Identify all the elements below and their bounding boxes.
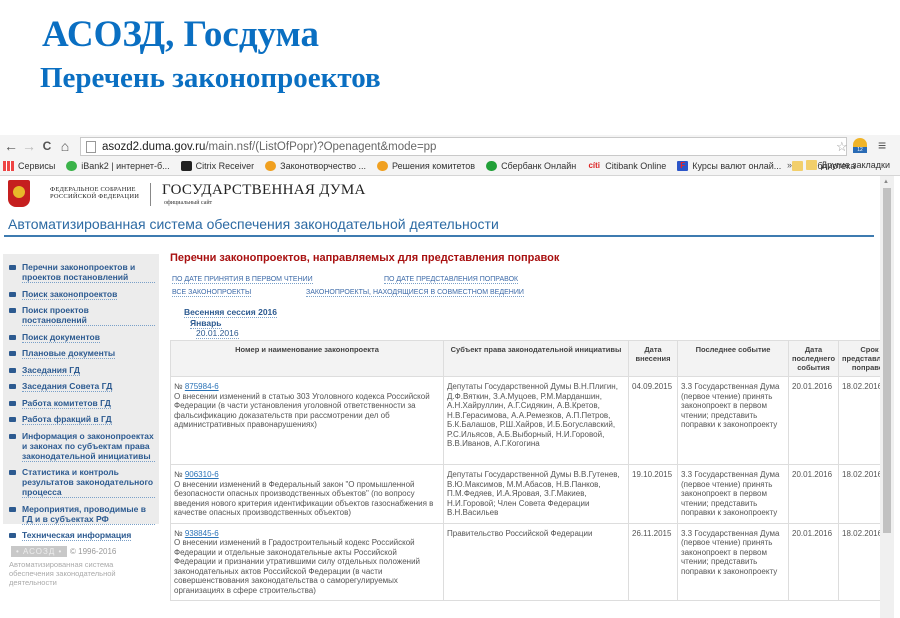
col-header-last-event-date: Дата последнего события [789,341,839,377]
bill-cell: № 938845-6О внесении изменений в Градост… [171,523,444,601]
sidebar-item[interactable]: Статистика и контроль результатов законо… [3,467,155,498]
url-domain: asozd2.duma.gov.ru [102,141,205,153]
sidebar-item-label: Плановые документы [22,348,115,359]
sidebar-item[interactable]: Поиск проектов постановлений [3,305,155,326]
bill-number-line: № 938845-6 [174,529,440,539]
last-event-cell: 3.3 Государственная Дума (первое чтение)… [678,523,789,601]
bookmark-services[interactable]: Сервисы [3,161,55,171]
url-path: /main.nsf/(ListOfPopr)?Openagent&mode=pp [205,141,436,153]
tree-session[interactable]: Весенняя сессия 2016 [184,307,277,318]
sidebar-item-label: Поиск проектов постановлений [22,305,155,326]
org-subtitle: официальный сайт [164,200,212,206]
folder-icon [9,292,16,297]
folder-icon [9,368,16,373]
bookmark-sberbank[interactable]: Сбербанк Онлайн [486,161,576,171]
submitted-date-cell: 19.10.2015 [629,465,678,524]
sidebar: Перечни законопроектов и проектов постан… [3,254,159,524]
deadline-cell: 18.02.2016 [839,377,881,465]
scrollbar-thumb[interactable] [883,188,891,533]
citi-icon: cíti [587,161,601,171]
reload-button[interactable]: C [38,139,56,153]
folder-icon [9,265,16,270]
initiator-cell: Депутаты Государственной Думы В.В.Гутене… [444,465,629,524]
other-bookmarks[interactable]: Другие закладки [806,160,890,170]
bookmark-currency[interactable]: FКурсы валют онлай... [677,161,781,171]
sidebar-item-label: Поиск документов [22,332,100,343]
browser-toolbar: ← → C ⌂ asozd2.duma.gov.ru/main.nsf/(Lis… [0,135,900,157]
site-icon [377,161,388,171]
sidebar-item-label: Информация о законопроектах и законах по… [22,431,155,462]
bill-cell: № 875984-6О внесении изменений в статью … [171,377,444,465]
last-event-cell: 3.3 Государственная Дума (первое чтение)… [678,465,789,524]
citrix-icon [181,161,192,171]
table-row: № 906310-6О внесении изменений в Федерал… [171,465,881,524]
home-button[interactable]: ⌂ [56,138,74,154]
table-header-row: Номер и наименование законопроекта Субъе… [171,341,881,377]
table-row: № 938845-6О внесении изменений в Градост… [171,523,881,601]
initiator-cell: Правительство Российской Федерации [444,523,629,601]
folder-icon [9,434,16,439]
forward-button[interactable]: → [20,138,38,154]
bill-cell: № 906310-6О внесении изменений в Федерал… [171,465,444,524]
extension-badge: 12 [853,147,867,153]
site-icon [265,161,276,171]
sidebar-item[interactable]: Перечни законопроектов и проектов постан… [3,262,155,283]
folder-icon [9,470,16,475]
initiator-cell: Депутаты Государственной Думы В.Н.Плигин… [444,377,629,465]
address-bar[interactable]: asozd2.duma.gov.ru/main.nsf/(ListOfPopr)… [80,137,847,156]
org-name[interactable]: ГОСУДАРСТВЕННАЯ ДУМА [162,182,366,199]
browser-window: ← → C ⌂ asozd2.duma.gov.ru/main.nsf/(Lis… [0,135,900,618]
col-header-last-event: Последнее событие [678,341,789,377]
folder-icon [9,351,16,356]
footer-text: Автоматизированная система обеспечения з… [9,560,159,587]
sidebar-item-label: Работа комитетов ГД [22,398,111,409]
browser-menu-icon[interactable]: ≡ [878,137,886,153]
filter-all-bills[interactable]: Все законопроекты [172,289,251,297]
system-name: Автоматизированная система обеспечения з… [8,216,499,232]
last-event-date-cell: 20.01.2016 [789,465,839,524]
col-header-deadline: Срок представления поправок [839,341,881,377]
sidebar-item[interactable]: Работа комитетов ГД [3,398,155,409]
col-header-bill: Номер и наименование законопроекта [171,341,444,377]
folder-icon [9,533,16,538]
main-title: Перечни законопроектов, направляемых для… [170,252,559,264]
deadline-cell: 18.02.2016 [839,523,881,601]
ibank-icon [66,161,77,171]
folder-icon [9,417,16,422]
vertical-scrollbar[interactable]: ▲ [880,176,894,618]
f-icon: F [677,161,688,171]
bookmarks-bar: Сервисы iBank2 | интернет-б... Citrix Re… [0,157,900,176]
sidebar-item-label: Заседания Совета ГД [22,381,112,392]
bill-name: О внесении изменений в статью 303 Уголов… [174,392,440,430]
bookmark-committee-decisions[interactable]: Решения комитетов [377,161,475,171]
org-small-caption: Федеральное собрание Российской Федераци… [50,186,139,200]
header-divider [150,183,151,206]
folder-icon [9,335,16,340]
sidebar-item[interactable]: Техническая информация [3,530,155,541]
sberbank-icon [486,161,497,171]
filter-joint-jurisdiction[interactable]: Законопроекты, находящиеся в совместном … [306,289,524,297]
page-icon [86,141,96,153]
sidebar-item-label: Перечни законопроектов и проектов постан… [22,262,155,283]
filter-by-first-reading-date[interactable]: По дате принятия в первом чтении [172,276,313,284]
bill-number-link[interactable]: 938845-6 [185,529,219,538]
bookmark-citibank[interactable]: cítiCitibank Online [587,161,666,171]
back-button[interactable]: ← [2,138,20,154]
last-event-date-cell: 20.01.2016 [789,523,839,601]
sidebar-item-label: Техническая информация [22,530,131,541]
bill-number-link[interactable]: 906310-6 [185,470,219,479]
sidebar-item-label: Мероприятия, проводимые в ГД и в субъект… [22,504,155,525]
asozd-badge: • АСОЗД • [11,546,67,557]
sidebar-item[interactable]: Заседания Совета ГД [3,381,155,392]
sidebar-item-label: Статистика и контроль результатов законо… [22,467,155,498]
sidebar-item[interactable]: Работа фракций в ГД [3,414,155,425]
bill-name: О внесении изменений в Федеральный закон… [174,480,440,518]
bookmark-ibank[interactable]: iBank2 | интернет-б... [66,161,169,171]
bookmark-lawmaking[interactable]: Законотворчество ... [265,161,366,171]
apps-grid-icon [3,161,14,171]
last-event-cell: 3.3 Государственная Дума (первое чтение)… [678,377,789,465]
folder-icon [9,507,16,512]
table-row: № 875984-6О внесении изменений в статью … [171,377,881,465]
folder-icon [9,384,16,389]
sidebar-item[interactable]: Плановые документы [3,348,155,359]
web-page: Федеральное собрание Российской Федераци… [0,176,880,618]
more-bookmarks-button[interactable]: » [787,160,792,170]
sidebar-item[interactable]: Поиск законопроектов [3,289,155,300]
deadline-cell: 18.02.2016 [839,465,881,524]
bill-name: О внесении изменений в Градостроительный… [174,538,440,595]
bills-table: Номер и наименование законопроекта Субъе… [170,340,880,601]
last-event-date-cell: 20.01.2016 [789,377,839,465]
submitted-date-cell: 04.09.2015 [629,377,678,465]
sidebar-item[interactable]: Информация о законопроектах и законах по… [3,431,155,462]
header-rule [4,235,874,237]
submitted-date-cell: 26.11.2015 [629,523,678,601]
copyright: © 1996-2016 [70,547,116,556]
sidebar-item[interactable]: Заседания ГД [3,365,155,376]
col-header-initiator: Субъект права законодательной инициативы [444,341,629,377]
tree-date[interactable]: 20.01.2016 [196,328,239,339]
bill-number-link[interactable]: 875984-6 [185,382,219,391]
sidebar-item-label: Поиск законопроектов [22,289,117,300]
folder-icon [9,308,16,313]
bookmark-citrix[interactable]: Citrix Receiver [181,161,255,171]
scroll-up-arrow-icon[interactable]: ▲ [883,179,889,185]
bill-number-line: № 906310-6 [174,470,440,480]
slide-title: АСОЗД, Госдума [42,14,319,56]
sidebar-item-label: Работа фракций в ГД [22,414,112,425]
extension-icon[interactable]: 12 [853,138,867,153]
bookmark-star-icon[interactable]: ☆ [836,139,848,155]
sidebar-item[interactable]: Поиск документов [3,332,155,343]
folder-icon [806,160,817,170]
sidebar-item-label: Заседания ГД [22,365,80,376]
coat-of-arms-logo[interactable] [8,180,30,207]
bill-number-line: № 875984-6 [174,382,440,392]
folder-icon [9,401,16,406]
filter-by-amendment-date[interactable]: По дате представления поправок [384,276,518,284]
sidebar-item[interactable]: Мероприятия, проводимые в ГД и в субъект… [3,504,155,525]
slide-subtitle: Перечень законопроектов [40,60,381,96]
col-header-submitted: Дата внесения [629,341,678,377]
